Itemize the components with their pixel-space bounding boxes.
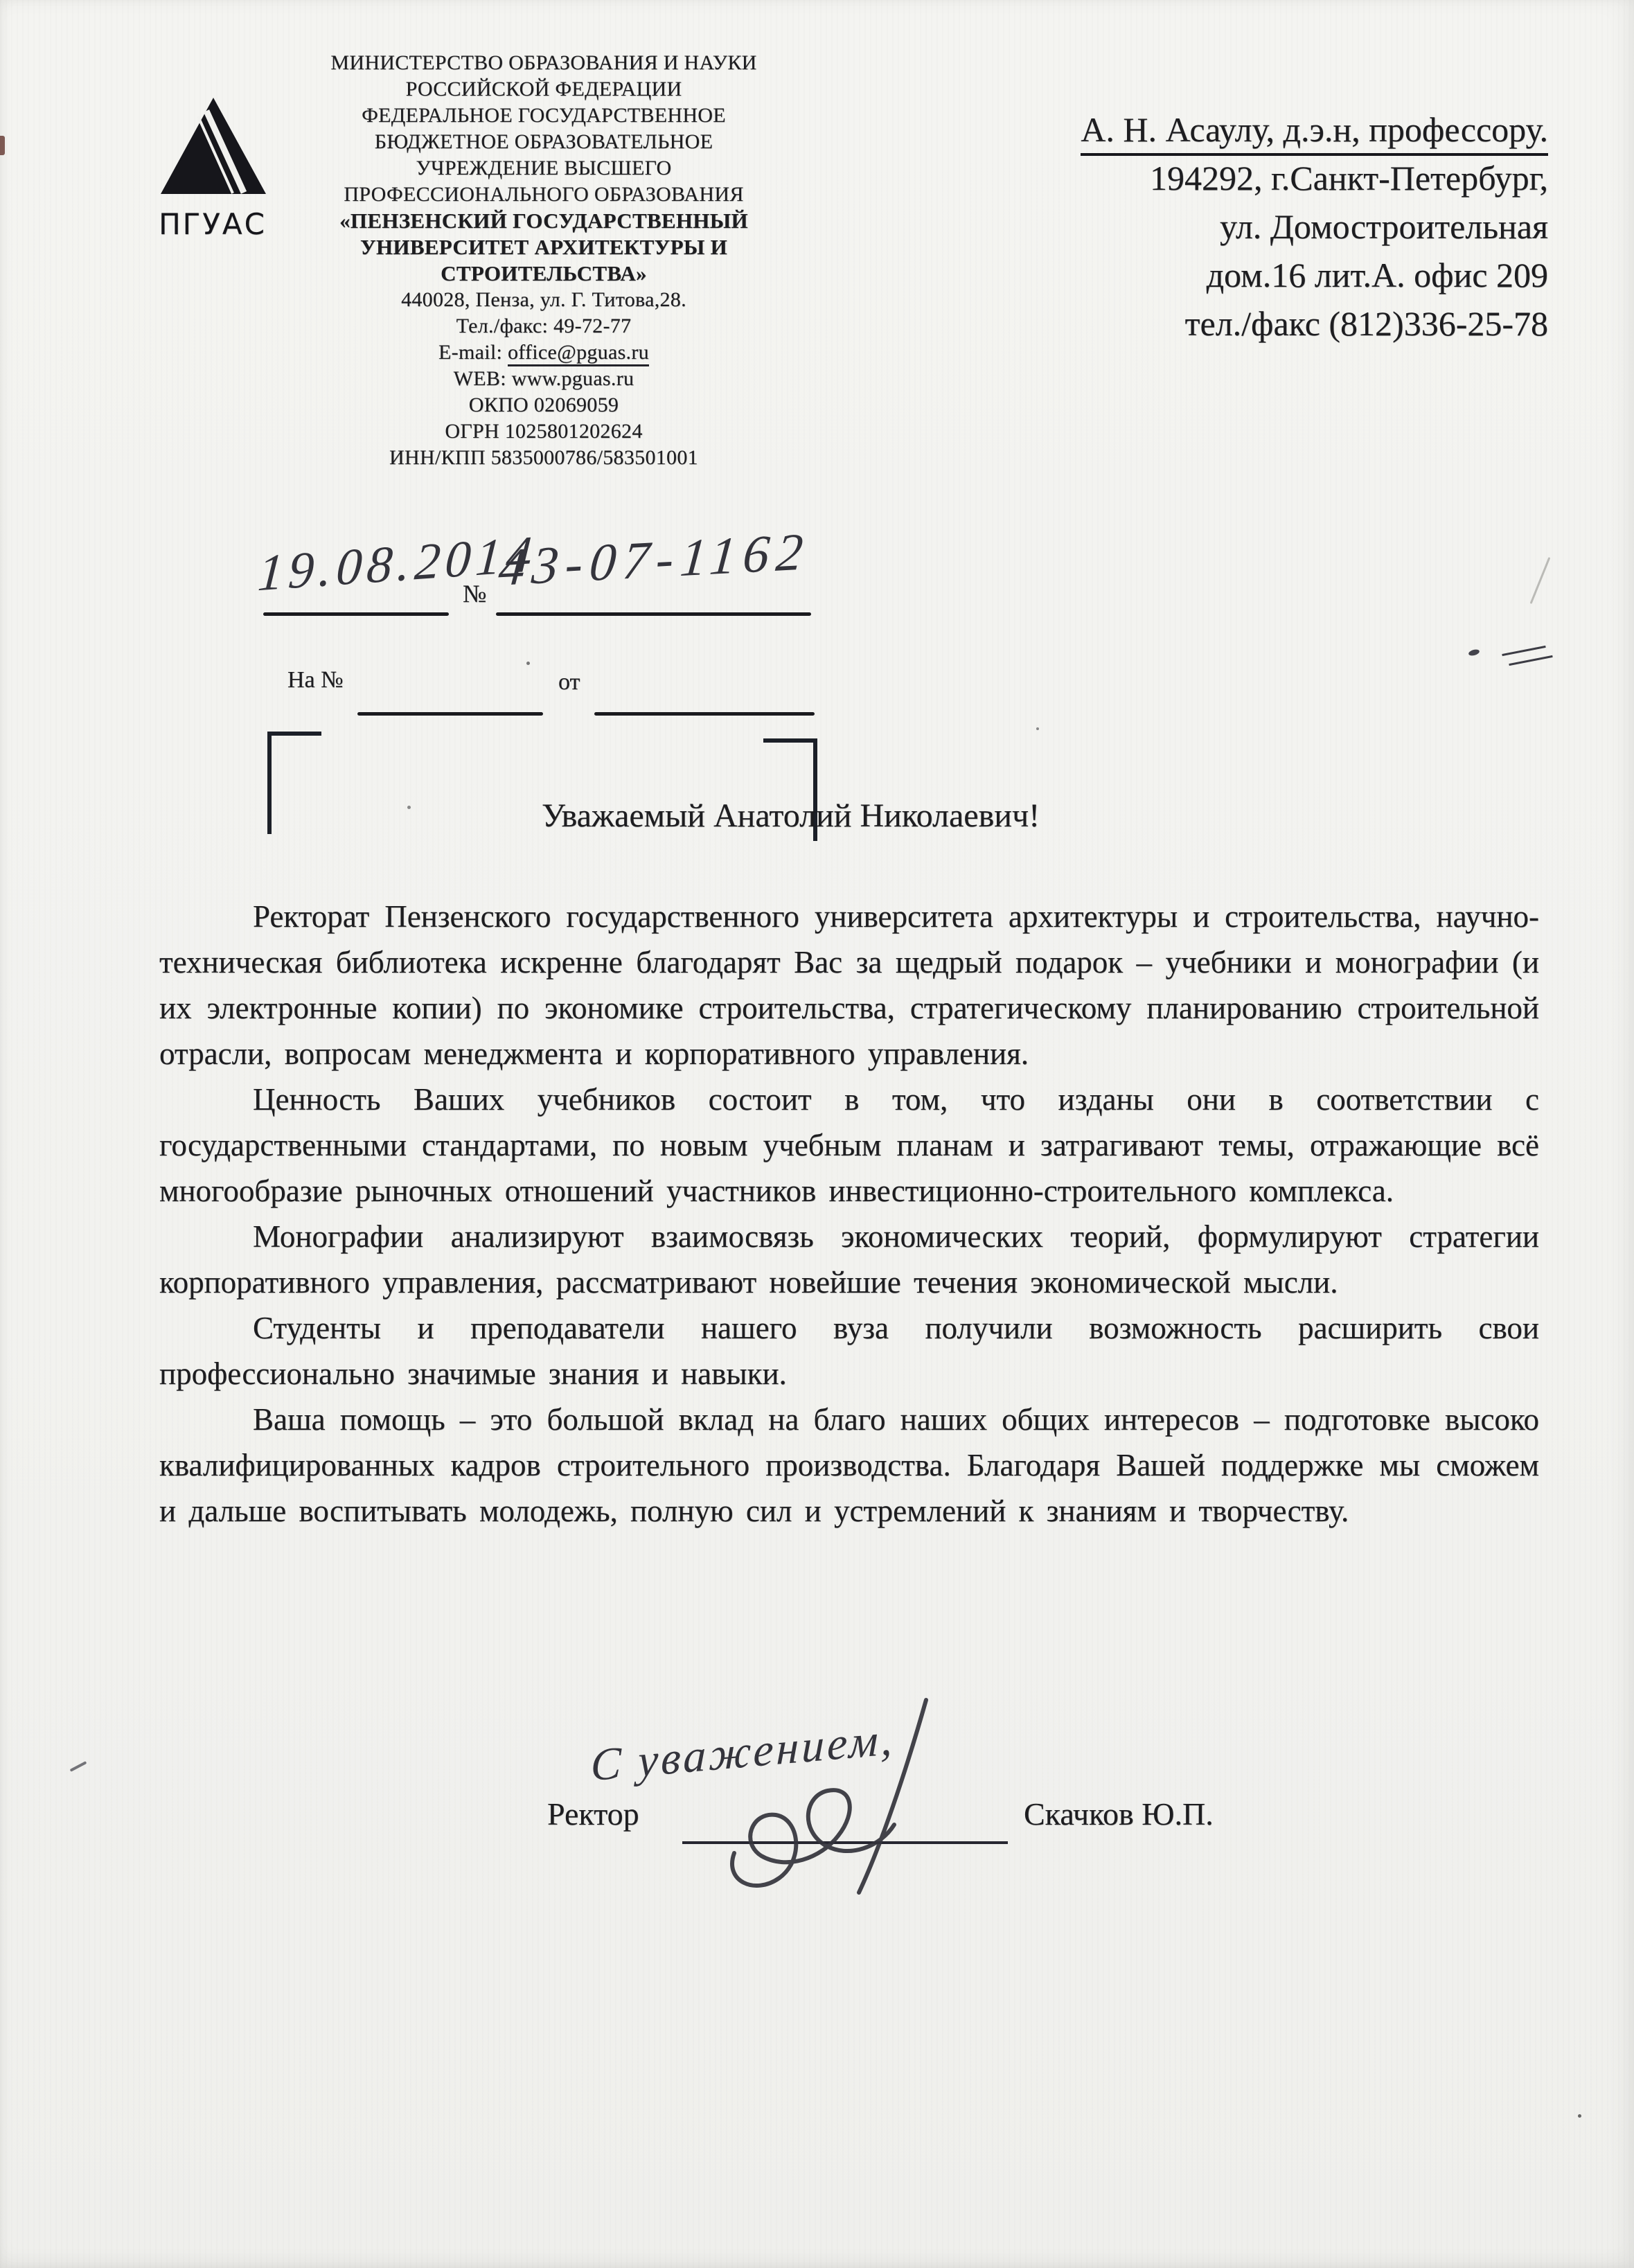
pen-mark: [1468, 648, 1480, 657]
scan-speck: [1578, 2114, 1581, 2118]
recipient-address-line: ул. Домостроительная: [894, 202, 1548, 251]
ot-underline: [594, 712, 815, 716]
recipient-address-line: дом.16 лит.А. офис 209: [894, 251, 1548, 299]
date-form-underline: [263, 612, 449, 616]
inn-kpp-line: ИНН/КПП 5835000786/583501001: [281, 445, 807, 471]
org-email-line: E-mail: office@pguas.ru: [281, 339, 807, 366]
signer-name: Скачков Ю.П.: [1024, 1796, 1214, 1832]
org-address-line: 440028, Пенза, ул. Г. Титова,28.: [281, 287, 807, 313]
logo-triangle-icon: [158, 96, 267, 200]
body-paragraph: Монографии анализируют взаимосвязь эконо…: [159, 1214, 1539, 1305]
recipient-name-line: А. Н. Асаулу, д.э.н, профессору.: [894, 105, 1548, 154]
ministry-line: УЧРЕЖДЕНИЕ ВЫСШЕГО: [281, 155, 807, 181]
recipient-address-line: тел./факс (812)336-25-78: [894, 299, 1548, 348]
ministry-line: ФЕДЕРАЛЬНОЕ ГОСУДАРСТВЕННОЕ: [281, 103, 807, 129]
scan-hairline: [1530, 557, 1551, 604]
body-paragraph: Ваша помощь – это большой вклад на благо…: [159, 1397, 1539, 1534]
number-form-underline: [496, 612, 811, 616]
na-no-underline: [357, 712, 543, 716]
letter-body: Ректорат Пензенского государственного ун…: [159, 894, 1539, 1534]
signature-scribble-icon: [682, 1676, 994, 1912]
recipient-name: А. Н. Асаулу, д.э.н, профессору.: [1081, 110, 1548, 156]
email-address: office@pguas.ru: [508, 341, 649, 366]
pen-mark: [1502, 646, 1545, 656]
letterhead-block: МИНИСТЕРСТВО ОБРАЗОВАНИЯ И НАУКИ РОССИЙС…: [281, 50, 807, 471]
body-paragraph: Студенты и преподаватели нашего вуза пол…: [159, 1305, 1539, 1397]
ot-label: от: [558, 669, 580, 696]
okpo-line: ОКПО 02069059: [281, 392, 807, 418]
org-phone-line: Тел./факс: 49-72-77: [281, 313, 807, 339]
web-label: WEB:: [454, 367, 506, 390]
web-address: www.pguas.ru: [512, 367, 634, 390]
body-paragraph: Ректорат Пензенского государственного ун…: [159, 894, 1539, 1077]
org-name-line: УНИВЕРСИТЕТ АРХИТЕКТУРЫ И: [281, 234, 807, 260]
pen-mark: [70, 1761, 87, 1772]
ministry-line: БЮДЖЕТНОЕ ОБРАЗОВАТЕЛЬНОЕ: [281, 129, 807, 155]
ministry-line: ПРОФЕССИОНАЛЬНОГО ОБРАЗОВАНИЯ: [281, 181, 807, 208]
recipient-block: А. Н. Асаулу, д.э.н, профессору. 194292,…: [894, 105, 1548, 348]
number-sign: №: [463, 579, 486, 608]
address-corner-bracket-left: [267, 732, 321, 834]
org-name-line: «ПЕНЗЕНСКИЙ ГОСУДАРСТВЕННЫЙ: [281, 208, 807, 234]
org-web-line: WEB: www.pguas.ru: [281, 366, 807, 392]
logo-text: ПГУАС: [158, 207, 267, 241]
salutation: Уважаемый Анатолий Николаевич!: [542, 797, 1040, 835]
scan-speck: [526, 662, 530, 665]
recipient-address-line: 194292, г.Санкт-Петербург,: [894, 154, 1548, 202]
scanned-letter-page: ПГУАС МИНИСТЕРСТВО ОБРАЗОВАНИЯ И НАУКИ Р…: [0, 0, 1634, 2268]
pen-mark: [1509, 655, 1552, 666]
scan-speck: [407, 806, 411, 809]
letterhead-logo: ПГУАС: [158, 96, 267, 241]
body-paragraph: Ценность Ваших учебников состоит в том, …: [159, 1077, 1539, 1214]
ministry-line: РОССИЙСКОЙ ФЕДЕРАЦИИ: [281, 76, 807, 103]
scan-speck: [1036, 727, 1039, 730]
org-name-line: СТРОИТЕЛЬСТВА»: [281, 260, 807, 287]
scan-edge-mark: [0, 136, 5, 155]
email-label: E-mail:: [438, 341, 502, 364]
na-no-label: На №: [287, 667, 344, 693]
ogrn-line: ОГРН 1025801202624: [281, 418, 807, 445]
outgoing-number-handwritten: 43-07-1162: [496, 522, 812, 599]
ministry-line: МИНИСТЕРСТВО ОБРАЗОВАНИЯ И НАУКИ: [281, 50, 807, 76]
signer-title: Ректор: [547, 1796, 639, 1832]
